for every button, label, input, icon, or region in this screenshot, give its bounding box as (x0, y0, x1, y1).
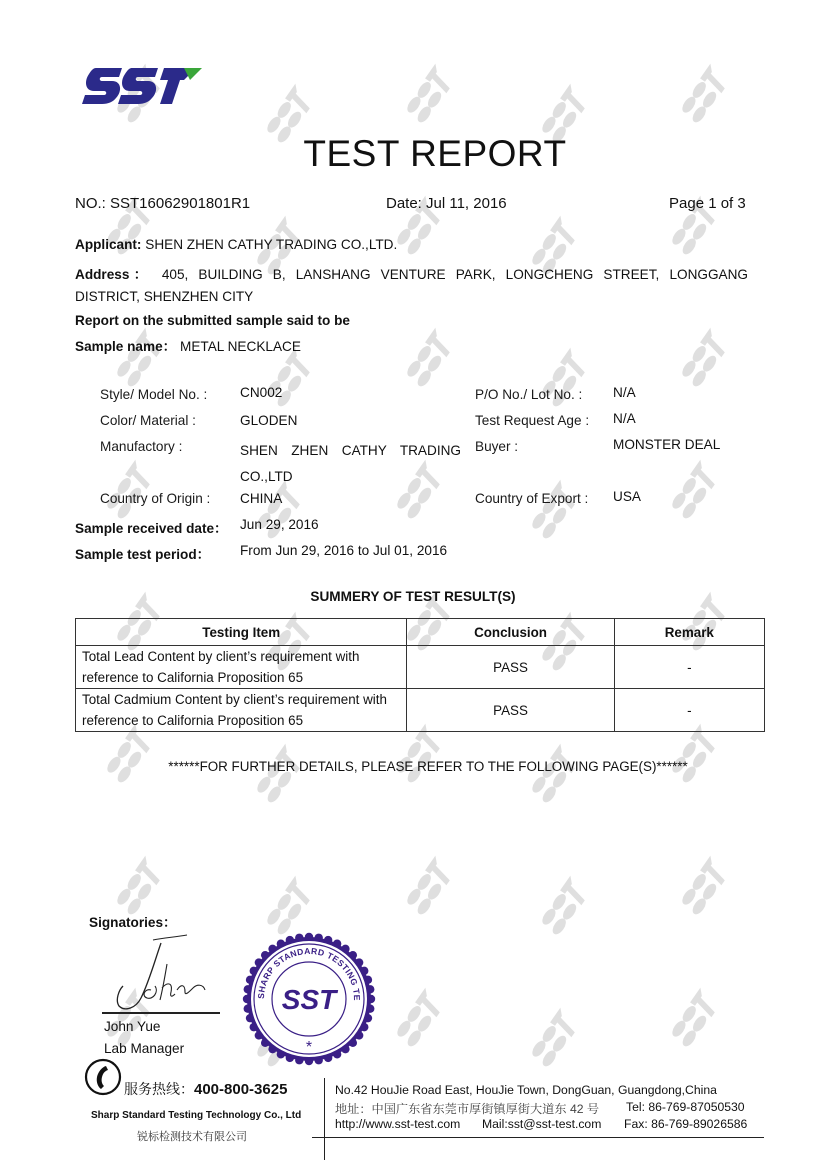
country-origin-value: CHINA (240, 491, 282, 506)
testing-item-line1: Total Lead Content by client’s requireme… (82, 646, 400, 667)
watermark-logo-icon (662, 983, 728, 1054)
report-number: NO.: SST16062901801R1 (75, 195, 250, 212)
sample-name-row: Sample name： METAL NECKLACE (75, 335, 301, 355)
po-lot-label: P/O No./ Lot No. : (475, 387, 582, 402)
header-remark: Remark (614, 619, 764, 646)
color-material-label: Color/ Material : (100, 413, 196, 428)
report-date: Date: Jul 11, 2016 (386, 195, 507, 212)
po-lot-value: N/A (613, 385, 636, 400)
country-export-value: USA (613, 489, 641, 504)
manufactory-value-line1: SHEN ZHEN CATHY TRADING (240, 438, 461, 464)
page-title: TEST REPORT (0, 133, 826, 175)
footer-divider-vertical (324, 1078, 325, 1160)
address-label: Address： (75, 267, 152, 282)
watermark-logo-icon (672, 851, 738, 922)
test-request-age-value: N/A (613, 411, 636, 426)
signatory-role: Lab Manager (104, 1041, 184, 1056)
testing-item-line1: Total Cadmium Content by client’s requir… (82, 689, 400, 710)
testing-item-cell: Total Lead Content by client’s requireme… (76, 646, 407, 689)
table-row: Total Cadmium Content by client’s requir… (76, 689, 765, 732)
header-testing-item: Testing Item (76, 619, 407, 646)
footer-address-en: No.42 HouJie Road East, HouJie Town, Don… (335, 1083, 717, 1097)
remark-cell: - (614, 689, 764, 732)
company-seal-icon: SHARP STANDARD TESTING TECHNOLOGY CO., L… (240, 932, 378, 1066)
summary-title: SUMMERY OF TEST RESULT(S) (0, 589, 826, 604)
table-row: Total Lead Content by client’s requireme… (76, 646, 765, 689)
buyer-label: Buyer : (475, 439, 518, 454)
hotline-label: 服务热线： (124, 1081, 194, 1097)
address-value-line1: 405, BUILDING B, LANSHANG VENTURE PARK, … (162, 267, 748, 282)
report-statement: Report on the submitted sample said to b… (75, 313, 350, 328)
watermark-logo-icon (247, 739, 313, 810)
sample-received-value: Jun 29, 2016 (240, 517, 319, 532)
applicant-row: Applicant: SHEN ZHEN CATHY TRADING CO.,L… (75, 237, 397, 252)
results-table: Testing Item Conclusion Remark Total Lea… (75, 618, 765, 732)
signature-line (102, 1012, 220, 1014)
sst-logo-icon (80, 62, 205, 110)
watermark-logo-icon (662, 455, 728, 526)
watermark-logo-icon (257, 871, 323, 942)
hotline-row: 服务热线：400-800-3625 (124, 1079, 287, 1099)
color-material-value: GLODEN (240, 413, 297, 428)
testing-item-line2: reference to California Proposition 65 (82, 710, 400, 731)
watermark-logo-icon (522, 475, 588, 546)
svg-text:*: * (306, 1039, 312, 1056)
watermark-logo-icon (522, 1003, 588, 1074)
signatories-label: Signatories： (89, 911, 177, 931)
test-request-age-label: Test Request Age : (475, 413, 589, 428)
testing-item-line2: reference to California Proposition 65 (82, 667, 400, 688)
phone-icon (84, 1058, 122, 1096)
sample-period-label: Sample test period： (75, 543, 210, 563)
buyer-value: MONSTER DEAL (613, 437, 720, 452)
company-name-en: Sharp Standard Testing Technology Co., L… (91, 1110, 301, 1121)
manufactory-value: SHEN ZHEN CATHY TRADING CO.,LTD (240, 438, 461, 490)
company-name-cn: 锐标检测技术有限公司 (137, 1128, 247, 1144)
country-export-label: Country of Export : (475, 491, 588, 506)
address-line-2: DISTRICT, SHENZHEN CITY (75, 289, 253, 304)
applicant-label: Applicant: (75, 237, 141, 252)
footer-address-cn: 地址：中国广东省东莞市厚街镇厚街大道东 42 号 (335, 1100, 599, 1117)
table-header-row: Testing Item Conclusion Remark (76, 619, 765, 646)
watermark-logo-icon (107, 323, 173, 394)
hotline-number: 400-800-3625 (194, 1081, 287, 1098)
watermark-logo-icon (397, 59, 463, 130)
style-model-label: Style/ Model No. : (100, 387, 207, 402)
footer-mail-link[interactable]: Mail:sst@sst-test.com (482, 1117, 601, 1131)
further-details-note: ******FOR FURTHER DETAILS, PLEASE REFER … (0, 759, 826, 774)
page-indicator: Page 1 of 3 (669, 195, 746, 212)
watermark-logo-icon (532, 871, 598, 942)
testing-item-cell: Total Cadmium Content by client’s requir… (76, 689, 407, 732)
conclusion-cell: PASS (407, 689, 614, 732)
footer-fax: Fax: 86-769-89026586 (624, 1117, 747, 1131)
watermark-logo-icon (672, 59, 738, 130)
watermark-logo-icon (97, 455, 163, 526)
watermark-logo-icon (397, 851, 463, 922)
style-model-value: CN002 (240, 385, 282, 400)
watermark-logo-icon (532, 343, 598, 414)
sample-name-value: METAL NECKLACE (180, 339, 301, 354)
watermark-logo-icon (387, 983, 453, 1054)
sample-name-label: Sample name： (75, 339, 176, 354)
address-line-1: Address： 405, BUILDING B, LANSHANG VENTU… (75, 263, 748, 283)
footer-website-link[interactable]: http://www.sst-test.com (335, 1117, 460, 1131)
signature-icon (105, 930, 220, 1012)
manufactory-value-line2: CO.,LTD (240, 469, 293, 484)
sample-period-value: From Jun 29, 2016 to Jul 01, 2016 (240, 543, 447, 558)
footer-divider-horizontal (312, 1137, 764, 1138)
header-conclusion: Conclusion (407, 619, 614, 646)
applicant-value: SHEN ZHEN CATHY TRADING CO.,LTD. (145, 237, 397, 252)
signatory-name: John Yue (104, 1019, 160, 1034)
watermark-logo-icon (397, 323, 463, 394)
country-origin-label: Country of Origin : (100, 491, 210, 506)
svg-text:SST: SST (282, 984, 339, 1015)
watermark-logo-icon (522, 739, 588, 810)
watermark-logo-icon (672, 323, 738, 394)
footer-tel: Tel: 86-769-87050530 (626, 1100, 745, 1114)
remark-cell: - (614, 646, 764, 689)
sample-received-label: Sample received date： (75, 517, 228, 537)
manufactory-label: Manufactory : (100, 439, 182, 454)
conclusion-cell: PASS (407, 646, 614, 689)
